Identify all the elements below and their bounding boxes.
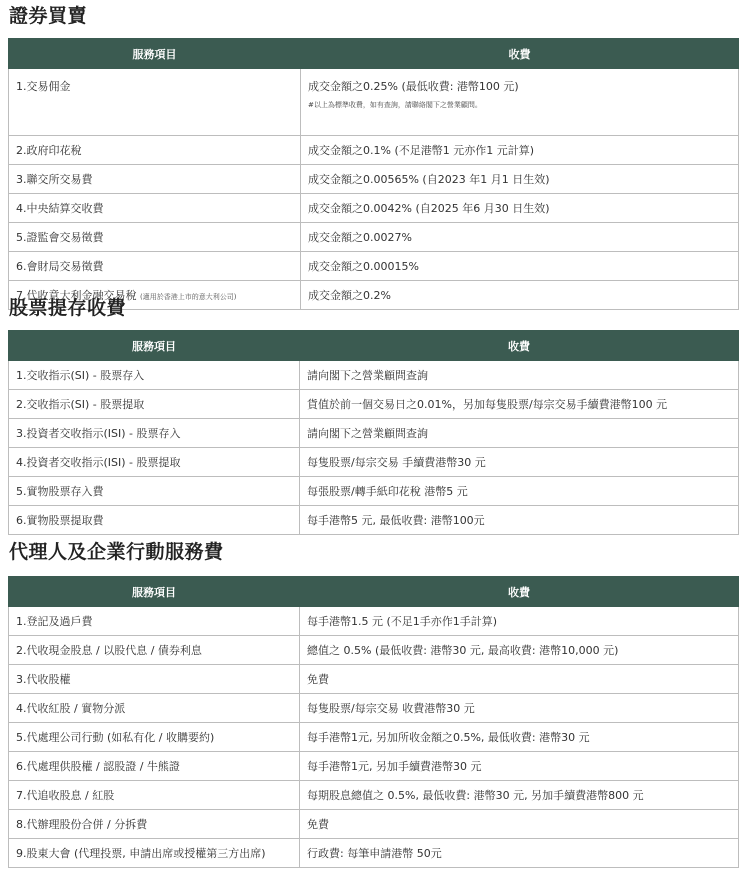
fee-cell: 每手港幣1.5 元 (不足1手亦作1手計算) <box>300 607 739 636</box>
fee-cell: 成交金額之0.25% (最低收費: 港幣100 元) #以上為標準收費，如有查詢… <box>301 69 739 136</box>
fee-cell: 請向閣下之營業顧問查詢 <box>300 361 739 390</box>
fee-cell: 請向閣下之營業顧問查詢 <box>300 419 739 448</box>
section-title-nominee-corporate-action: 代理人及企業行動服務費 <box>9 540 224 564</box>
column-header-item: 服務項目 <box>9 577 300 607</box>
fee-cell: 成交金額之0.00565% (自2023 年1 月1 日生效) <box>301 165 739 194</box>
table-row: 5.代處理公司行動 (如私有化 / 收購要約) 每手港幣1元, 另加所收金額之0… <box>9 723 739 752</box>
item-cell: 2.代收現金股息 / 以股代息 / 債券利息 <box>9 636 300 665</box>
item-cell: 5.證監會交易徵費 <box>9 223 301 252</box>
item-note: (適用於香港上市的意大利公司) <box>140 293 236 301</box>
table-row: 1.交收指示(SI) - 股票存入 請向閣下之營業顧問查詢 <box>9 361 739 390</box>
section-title-securities-trading: 證券買賣 <box>9 4 87 28</box>
table-header-row: 服務項目 收費 <box>9 577 739 607</box>
item-cell: 5.實物股票存入費 <box>9 477 300 506</box>
item-cell: 6.實物股票提取費 <box>9 506 300 535</box>
column-header-fee: 收費 <box>300 331 739 361</box>
item-cell: 1.登記及過戶費 <box>9 607 300 636</box>
table-row: 2.交收指示(SI) - 股票提取 貨值於前一個交易日之0.01%，另加每隻股票… <box>9 390 739 419</box>
fee-cell: 成交金額之0.1% (不足港幣1 元亦作1 元計算) <box>301 136 739 165</box>
fee-cell: 成交金額之0.2% <box>301 281 739 310</box>
table-row: 4.投資者交收指示(ISI) - 股票提取 每隻股票/每宗交易 手續費港幣30 … <box>9 448 739 477</box>
fee-cell: 成交金額之0.00015% <box>301 252 739 281</box>
item-cell: 2.交收指示(SI) - 股票提取 <box>9 390 300 419</box>
item-cell: 9.股東大會 (代理投票, 申請出席或授權第三方出席) <box>9 839 300 868</box>
stock-deposit-withdrawal-fee-table: 服務項目 收費 1.交收指示(SI) - 股票存入 請向閣下之營業顧問查詢 2.… <box>8 330 739 535</box>
fee-cell: 成交金額之0.0027% <box>301 223 739 252</box>
fee-cell: 每張股票/轉手紙印花稅 港幣5 元 <box>300 477 739 506</box>
fee-cell: 每手港幣1元, 另加手續費港幣30 元 <box>300 752 739 781</box>
item-cell: 4.代收紅股 / 實物分派 <box>9 694 300 723</box>
item-cell: 6.代處理供股權 / 認股證 / 牛熊證 <box>9 752 300 781</box>
item-cell: 3.聯交所交易費 <box>9 165 301 194</box>
table-row: 8.代辦理股份合併 / 分拆費 免費 <box>9 810 739 839</box>
table-row: 6.實物股票提取費 每手港幣5 元, 最低收費: 港幣100元 <box>9 506 739 535</box>
item-cell: 3.投資者交收指示(ISI) - 股票存入 <box>9 419 300 448</box>
fee-cell: 貨值於前一個交易日之0.01%，另加每隻股票/每宗交易手續費港幣100 元 <box>300 390 739 419</box>
item-cell: 1.交收指示(SI) - 股票存入 <box>9 361 300 390</box>
column-header-item: 服務項目 <box>9 331 300 361</box>
table-row: 2.代收現金股息 / 以股代息 / 債券利息 總值之 0.5% (最低收費: 港… <box>9 636 739 665</box>
fee-cell: 每手港幣5 元, 最低收費: 港幣100元 <box>300 506 739 535</box>
table-row: 1.登記及過戶費 每手港幣1.5 元 (不足1手亦作1手計算) <box>9 607 739 636</box>
fee-cell: 每隻股票/每宗交易 手續費港幣30 元 <box>300 448 739 477</box>
securities-trading-fee-table: 服務項目 收費 1.交易佣金 成交金額之0.25% (最低收費: 港幣100 元… <box>8 38 739 310</box>
nominee-corporate-action-fee-table: 服務項目 收費 1.登記及過戶費 每手港幣1.5 元 (不足1手亦作1手計算) … <box>8 576 739 868</box>
table-row: 3.代收股權 免費 <box>9 665 739 694</box>
item-cell: 5.代處理公司行動 (如私有化 / 收購要約) <box>9 723 300 752</box>
item-cell: 4.投資者交收指示(ISI) - 股票提取 <box>9 448 300 477</box>
fee-cell: 行政費: 每筆申請港幣 50元 <box>300 839 739 868</box>
table-header-row: 服務項目 收費 <box>9 331 739 361</box>
item-cell: 8.代辦理股份合併 / 分拆費 <box>9 810 300 839</box>
fee-text: 成交金額之0.25% (最低收費: 港幣100 元) <box>308 80 519 93</box>
column-header-fee: 收費 <box>301 39 739 69</box>
fee-cell: 免費 <box>300 810 739 839</box>
fee-cell: 成交金額之0.0042% (自2025 年6 月30 日生效) <box>301 194 739 223</box>
table-row: 5.實物股票存入費 每張股票/轉手紙印花稅 港幣5 元 <box>9 477 739 506</box>
table-row: 2.政府印花稅 成交金額之0.1% (不足港幣1 元亦作1 元計算) <box>9 136 739 165</box>
column-header-item: 服務項目 <box>9 39 301 69</box>
table-header-row: 服務項目 收費 <box>9 39 739 69</box>
fee-cell: 免費 <box>300 665 739 694</box>
table-row: 7.代追收股息 / 紅股 每期股息總值之 0.5%, 最低收費: 港幣30 元,… <box>9 781 739 810</box>
table-row: 3.投資者交收指示(ISI) - 股票存入 請向閣下之營業顧問查詢 <box>9 419 739 448</box>
item-cell: 6.會財局交易徵費 <box>9 252 301 281</box>
table-row: 5.證監會交易徵費 成交金額之0.0027% <box>9 223 739 252</box>
table-row: 9.股東大會 (代理投票, 申請出席或授權第三方出席) 行政費: 每筆申請港幣 … <box>9 839 739 868</box>
fee-cell: 每期股息總值之 0.5%, 最低收費: 港幣30 元, 另加手續費港幣800 元 <box>300 781 739 810</box>
item-cell: 1.交易佣金 <box>9 69 301 136</box>
table-row: 6.會財局交易徵費 成交金額之0.00015% <box>9 252 739 281</box>
item-cell: 7.代追收股息 / 紅股 <box>9 781 300 810</box>
table-row: 1.交易佣金 成交金額之0.25% (最低收費: 港幣100 元) #以上為標準… <box>9 69 739 136</box>
fee-cell: 總值之 0.5% (最低收費: 港幣30 元, 最高收費: 港幣10,000 元… <box>300 636 739 665</box>
column-header-fee: 收費 <box>300 577 739 607</box>
fee-note: #以上為標準收費，如有查詢，請聯絡閣下之營業顧問。 <box>308 100 738 110</box>
table-row: 6.代處理供股權 / 認股證 / 牛熊證 每手港幣1元, 另加手續費港幣30 元 <box>9 752 739 781</box>
item-cell: 2.政府印花稅 <box>9 136 301 165</box>
table-row: 4.中央結算交收費 成交金額之0.0042% (自2025 年6 月30 日生效… <box>9 194 739 223</box>
item-cell: 4.中央結算交收費 <box>9 194 301 223</box>
fee-cell: 每隻股票/每宗交易 收費港幣30 元 <box>300 694 739 723</box>
section-title-stock-deposit-withdrawal: 股票提存收費 <box>9 296 126 320</box>
table-row: 3.聯交所交易費 成交金額之0.00565% (自2023 年1 月1 日生效) <box>9 165 739 194</box>
fee-cell: 每手港幣1元, 另加所收金額之0.5%, 最低收費: 港幣30 元 <box>300 723 739 752</box>
item-cell: 3.代收股權 <box>9 665 300 694</box>
table-row: 4.代收紅股 / 實物分派 每隻股票/每宗交易 收費港幣30 元 <box>9 694 739 723</box>
